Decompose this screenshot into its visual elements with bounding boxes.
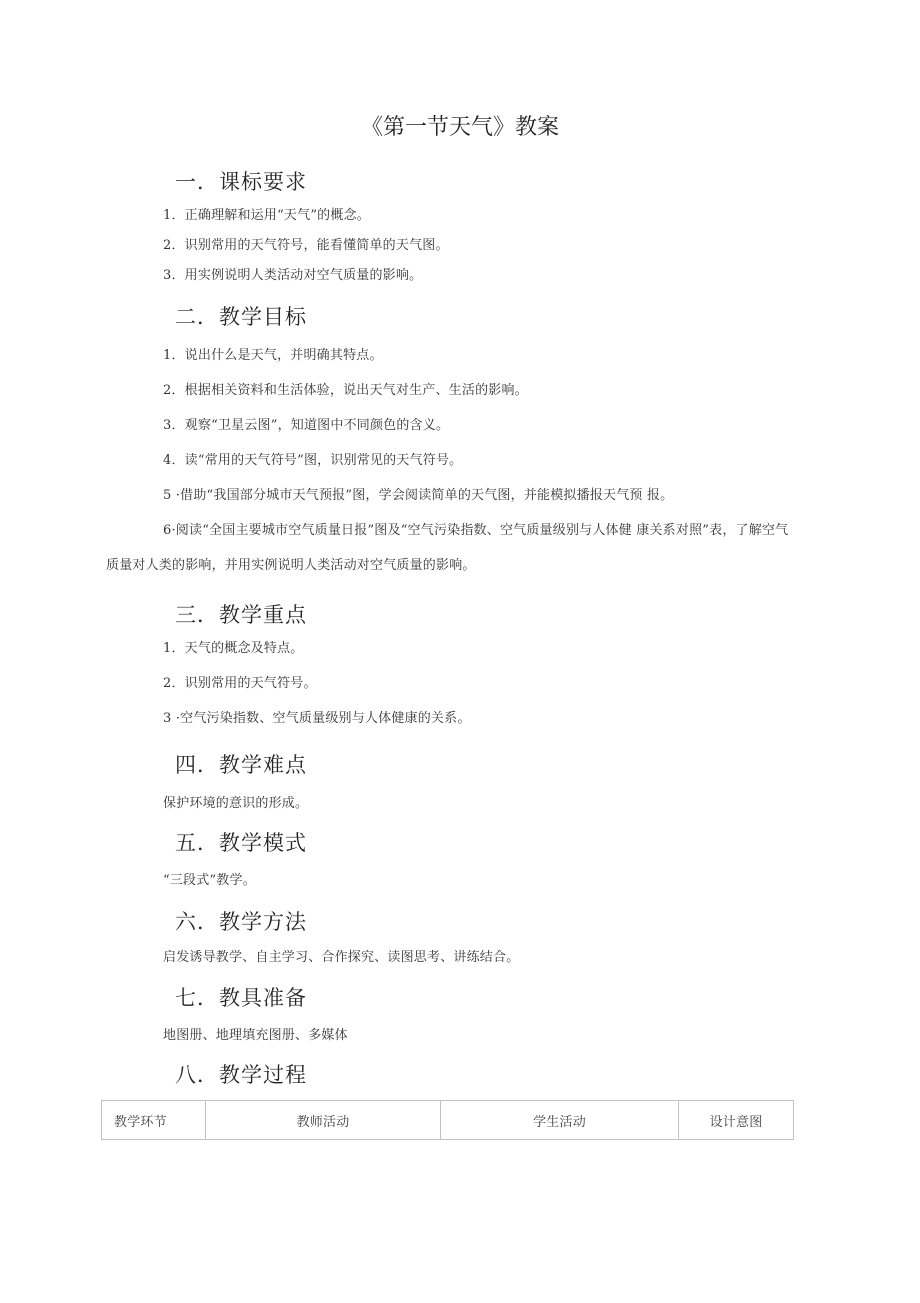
section-body: 地图册、地理填充图册、多媒体	[163, 1026, 348, 1045]
section-heading-teaching-objectives: 二．教学目标	[175, 303, 307, 331]
teaching-process-table: 教学环节 教师活动 学生活动 设计意图	[101, 1100, 794, 1140]
table-header-student-activity: 学生活动	[441, 1101, 679, 1140]
list-item: 3 ·空气污染指数、空气质量级别与人体健康的关系。	[163, 709, 471, 728]
section-heading-teaching-aids: 七．教具准备	[175, 984, 307, 1012]
section-heading-teaching-key-points: 三．教学重点	[175, 601, 307, 629]
list-item: 1．天气的概念及特点。	[163, 639, 303, 658]
list-item: 3．观察“卫星云图”，知道图中不同颜色的含义。	[163, 416, 449, 435]
list-item: 2．根据相关资料和生活体验，说出天气对生产、生活的影响。	[163, 381, 528, 400]
section-heading-teaching-mode: 五．教学模式	[175, 829, 307, 857]
section-body: “三段式”教学。	[163, 871, 256, 890]
section-heading-teaching-methods: 六．教学方法	[175, 908, 307, 936]
table-header-row: 教学环节 教师活动 学生活动 设计意图	[102, 1101, 794, 1140]
page-title: 《第一节天气》教案	[0, 113, 920, 143]
section-body: 启发诱导教学、自主学习、合作探究、读图思考、讲练结合。	[163, 948, 519, 967]
list-item: 4．读“常用的天气符号”图，识别常见的天气符号。	[163, 451, 462, 470]
section-body: 保护环境的意识的形成。	[163, 794, 308, 813]
list-item: 2．识别常用的天气符号。	[163, 674, 317, 693]
table-header-design-intent: 设计意图	[679, 1101, 794, 1140]
document-page: 《第一节天气》教案 一．课标要求 1．正确理解和运用“天气”的概念。 2．识别常…	[0, 0, 920, 1303]
list-item: 3．用实例说明人类活动对空气质量的影响。	[163, 266, 422, 285]
list-item-line: 6·阅读“全国主要城市空气质量日报”图及“空气污染指数、空气质量级别与人体健 康…	[163, 521, 788, 540]
list-item-continuation: 质量对人类的影响，并用实例说明人类活动对空气质量的影响。	[106, 556, 476, 575]
list-item: 1．正确理解和运用“天气”的概念。	[163, 206, 370, 225]
list-item: 5 ·借助“我国部分城市天气预报”图，学会阅读简单的天气图，并能模拟播报天气预 …	[163, 486, 673, 505]
section-heading-teaching-difficulties: 四．教学难点	[175, 751, 307, 779]
section-heading-teaching-process: 八．教学过程	[175, 1061, 307, 1089]
list-item: 1．说出什么是天气，并明确其特点。	[163, 346, 383, 365]
list-item: 2．识别常用的天气符号，能看懂简单的天气图。	[163, 236, 449, 255]
table-header-teaching-stage: 教学环节	[102, 1101, 206, 1140]
table-header-teacher-activity: 教师活动	[206, 1101, 441, 1140]
section-heading-curriculum-requirements: 一．课标要求	[175, 168, 307, 196]
